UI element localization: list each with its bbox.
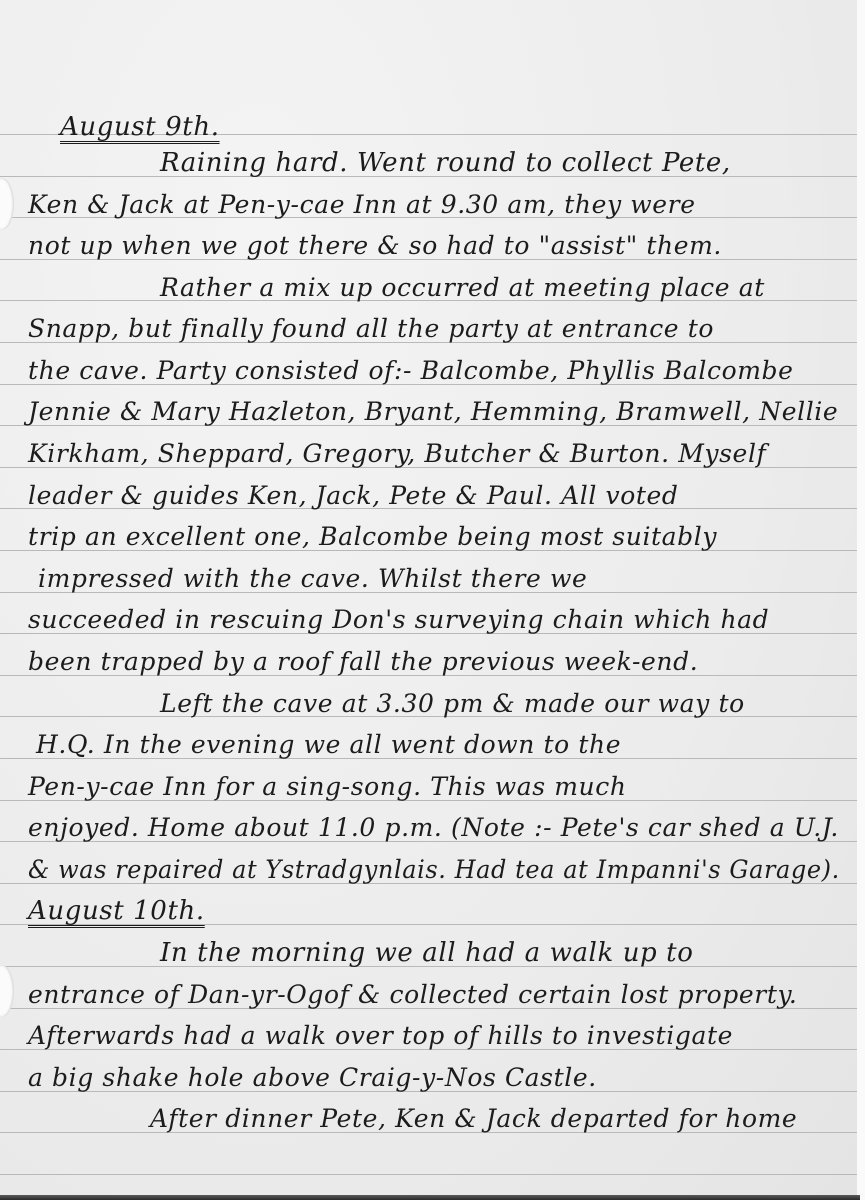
entry-line: Left the cave at 3.30 pm & made our way … — [160, 689, 745, 718]
diary-page: August 9th. Raining hard. Went round to … — [0, 0, 857, 1196]
entry-line: trip an excellent one, Balcombe being mo… — [28, 522, 717, 551]
entry-line: In the morning we all had a walk up to — [160, 938, 693, 968]
page-margin — [857, 0, 865, 1200]
entry-line: Jennie & Mary Hazleton, Bryant, Hemming,… — [28, 397, 838, 426]
entry-line: impressed with the cave. Whilst there we — [38, 564, 587, 593]
entry-heading-aug-10: August 10th. — [28, 896, 205, 926]
entry-line: the cave. Party consisted of:- Balcombe,… — [28, 356, 794, 385]
entry-line: Afterwards had a walk over top of hills … — [28, 1021, 733, 1050]
entry-line: Rather a mix up occurred at meeting plac… — [160, 273, 765, 302]
entry-line: a big shake hole above Craig-y-Nos Castl… — [28, 1063, 597, 1092]
page-shadow — [0, 1195, 860, 1200]
entry-line: & was repaired at Ystradgynlais. Had tea… — [28, 855, 840, 884]
entry-line: Ken & Jack at Pen-y-cae Inn at 9.30 am, … — [28, 190, 696, 219]
entry-line: Pen-y-cae Inn for a sing-song. This was … — [28, 772, 627, 801]
entry-line: not up when we got there & so had to "as… — [28, 231, 722, 260]
ruled-lines — [0, 0, 857, 1196]
entry-line: Raining hard. Went round to collect Pete… — [160, 148, 731, 178]
entry-line: enjoyed. Home about 11.0 p.m. (Note :- P… — [28, 813, 839, 842]
entry-line: Snapp, but finally found all the party a… — [28, 314, 714, 343]
entry-line: Kirkham, Sheppard, Gregory, Butcher & Bu… — [28, 439, 766, 468]
entry-line: been trapped by a roof fall the previous… — [28, 647, 698, 676]
entry-line: entrance of Dan-yr-Ogof & collected cert… — [28, 980, 797, 1009]
entry-heading-aug-9: August 9th. — [60, 112, 220, 142]
entry-line: succeeded in rescuing Don's surveying ch… — [28, 605, 769, 634]
entry-line: leader & guides Ken, Jack, Pete & Paul. … — [28, 481, 679, 510]
entry-line: After dinner Pete, Ken & Jack departed f… — [150, 1104, 797, 1133]
entry-line: H.Q. In the evening we all went down to … — [36, 730, 621, 759]
ruled-line — [0, 1174, 857, 1175]
